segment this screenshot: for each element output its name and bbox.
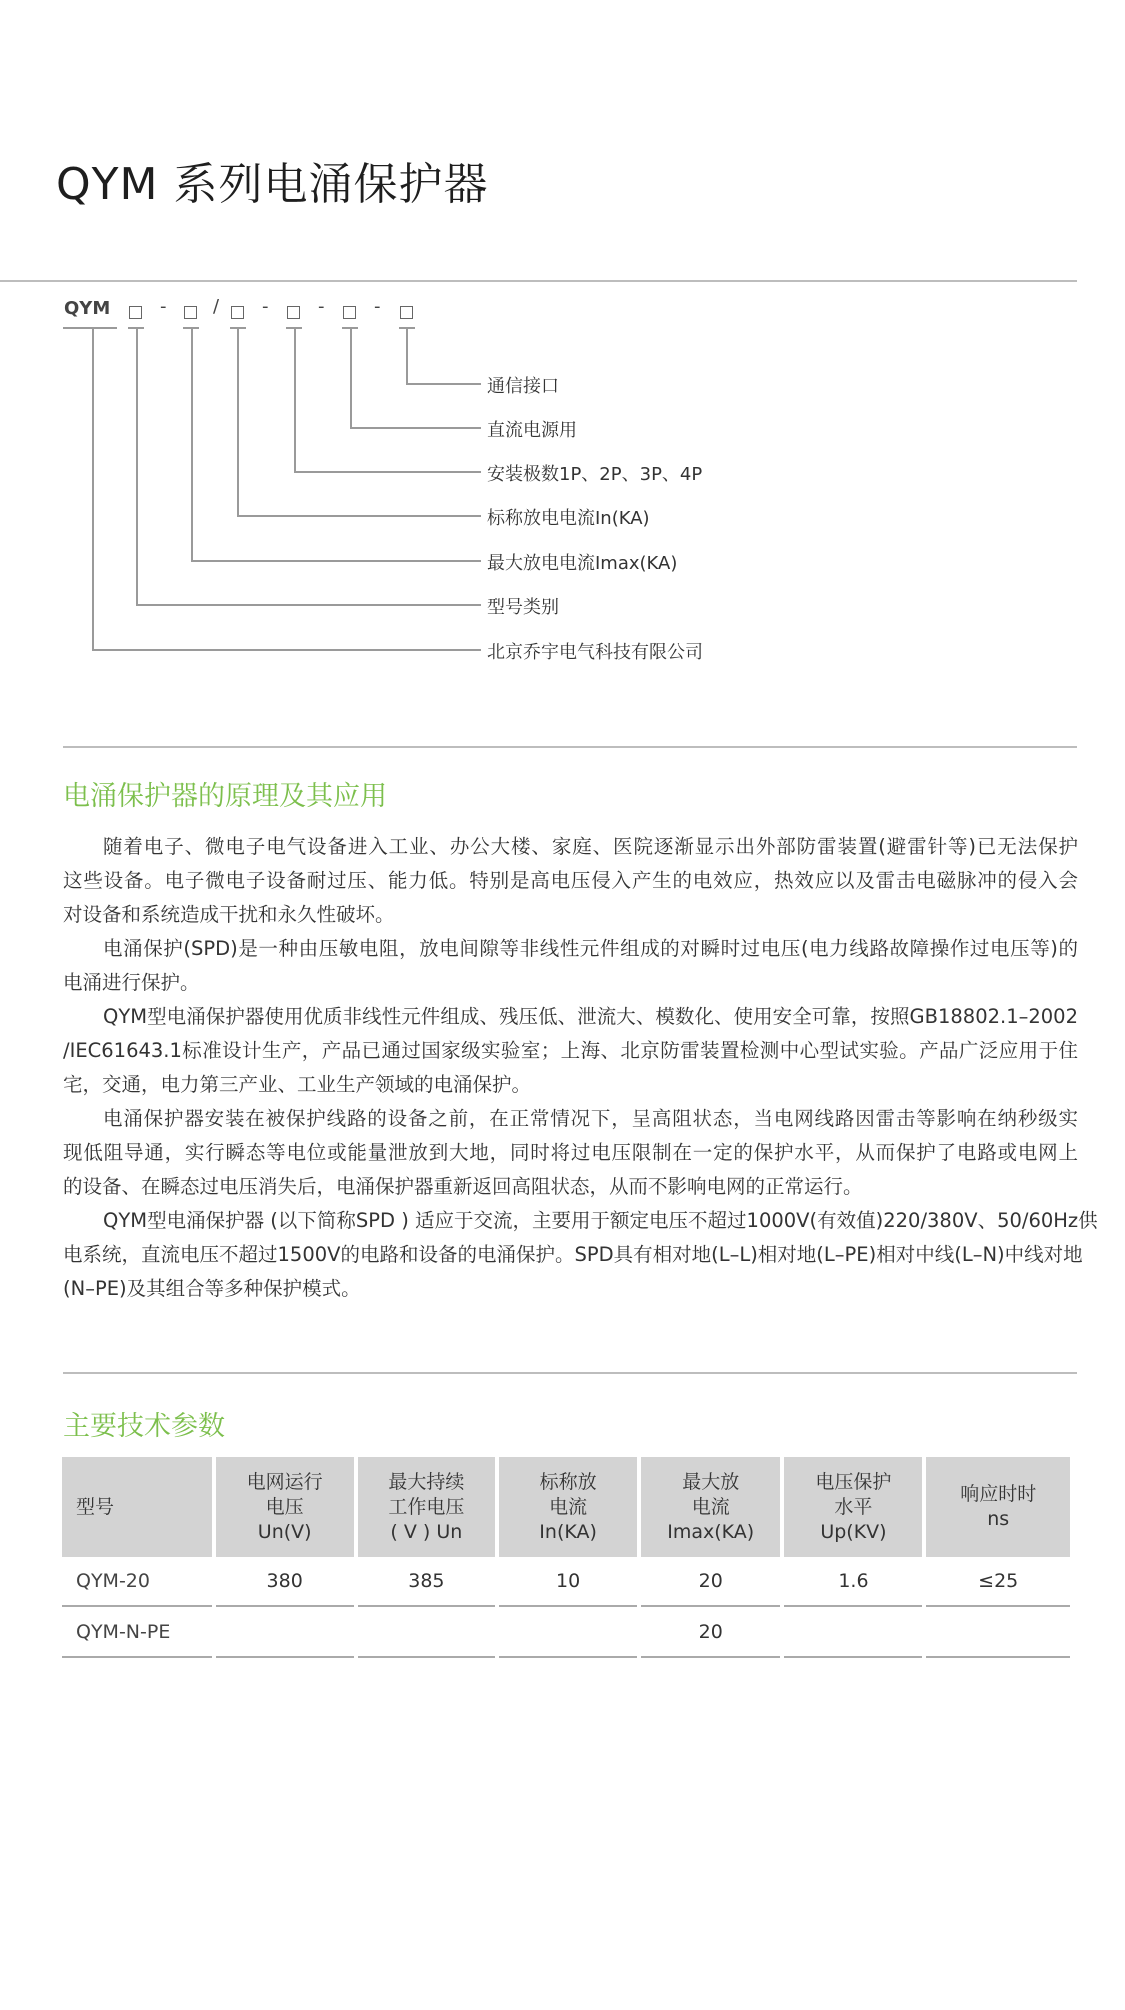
cell-model: QYM-20 [62, 1557, 212, 1607]
model-code-diagram: QYM - / - - - 通信接口 直流电源用 安装极数1P、2P、3P、4P… [0, 0, 1125, 700]
body-line: (N–PE)及其组合等多种保护模式。 [63, 1272, 1078, 1306]
field-label-nominal-current: 标称放电电流In(KA) [487, 504, 650, 530]
cell-response-time [926, 1607, 1070, 1658]
connector-horizontal [350, 427, 481, 429]
connector-horizontal [237, 515, 481, 517]
connector-horizontal [406, 383, 481, 385]
params-table: 型号 电网运行 电压 Un(V) 最大持续 工作电压 ( V ) Un 标称放 … [58, 1457, 1074, 1658]
body-line: 电涌保护(SPD)是一种由压敏电阻，放电间隙等非线性元件组成的对瞬时过电压(电力… [63, 932, 1078, 966]
separator: - [160, 296, 167, 317]
connector-horizontal [191, 560, 481, 562]
separator: - [318, 296, 325, 317]
code-box-4 [287, 306, 300, 319]
section-heading-principle: 电涌保护器的原理及其应用 [63, 774, 387, 813]
section-divider [63, 746, 1077, 748]
prefix-underline [63, 327, 117, 329]
connector-vertical [406, 327, 408, 385]
cell-response-time: ≤25 [926, 1557, 1070, 1607]
connector-horizontal [136, 604, 481, 606]
body-line: 电系统，直流电压不超过1500V的电路和设备的电涌保护。SPD具有相对地(L–L… [63, 1238, 1078, 1272]
body-line: 的设备、在瞬态过电压消失后，电涌保护器重新返回高阻状态，从而不影响电网的正常运行… [63, 1170, 1078, 1204]
field-label-poles: 安装极数1P、2P、3P、4P [487, 460, 702, 486]
field-label-dc-power: 直流电源用 [487, 416, 577, 442]
connector-horizontal [92, 649, 481, 651]
field-label-model-type: 型号类别 [487, 593, 559, 619]
connector-horizontal [294, 471, 481, 473]
model-prefix: QYM [64, 298, 110, 319]
cell-grid-voltage [216, 1607, 354, 1658]
body-line: 对设备和系统造成干扰和永久性破坏。 [63, 898, 1078, 932]
header-response-time: 响应时时 ns [926, 1457, 1070, 1557]
cell-max-continuous-voltage [358, 1607, 496, 1658]
cell-max-current: 20 [641, 1557, 780, 1607]
connector-vertical [191, 327, 193, 562]
cell-nominal-current: 10 [499, 1557, 637, 1607]
table-header-row: 型号 电网运行 电压 Un(V) 最大持续 工作电压 ( V ) Un 标称放 … [62, 1457, 1070, 1557]
field-label-comm-interface: 通信接口 [487, 372, 559, 398]
cell-protection-level [784, 1607, 922, 1658]
header-max-continuous-voltage: 最大持续 工作电压 ( V ) Un [358, 1457, 496, 1557]
body-line: 现低阻导通，实行瞬态等电位或能量泄放到大地，同时将过电压限制在一定的保护水平，从… [63, 1136, 1078, 1170]
body-line: 宅，交通，电力第三产业、工业生产领域的电涌保护。 [63, 1068, 1078, 1102]
connector-vertical [294, 327, 296, 473]
body-line: 这些设备。电子微电子设备耐过压、能力低。特别是高电压侵入产生的电效应，热效应以及… [63, 864, 1078, 898]
section-divider [63, 1372, 1077, 1374]
table-row: QYM-20 380 385 10 20 1.6 ≤25 [62, 1557, 1070, 1607]
separator: - [262, 296, 269, 317]
header-model: 型号 [62, 1457, 212, 1557]
separator: / [213, 296, 219, 317]
connector-vertical [350, 327, 352, 429]
body-line: QYM型电涌保护器 (以下简称SPD ) 适应于交流，主要用于额定电压不超过10… [63, 1204, 1078, 1238]
body-line: 电涌保护器安装在被保护线路的设备之前，在正常情况下，呈高阻状态，当电网线路因雷击… [63, 1102, 1078, 1136]
cell-model: QYM-N-PE [62, 1607, 212, 1658]
body-line: QYM型电涌保护器使用优质非线性元件组成、残压低、泄流大、模数化、使用安全可靠，… [63, 1000, 1078, 1034]
connector-vertical [237, 327, 239, 517]
cell-nominal-current [499, 1607, 637, 1658]
table-row: QYM-N-PE 20 [62, 1607, 1070, 1658]
header-grid-voltage: 电网运行 电压 Un(V) [216, 1457, 354, 1557]
field-label-max-current: 最大放电电流Imax(KA) [487, 549, 677, 575]
cell-max-continuous-voltage: 385 [358, 1557, 496, 1607]
principle-body: 随着电子、微电子电气设备进入工业、办公大楼、家庭、医院逐渐显示出外部防雷装置(避… [63, 830, 1078, 1306]
code-box-5 [343, 306, 356, 319]
field-label-company: 北京乔宇电气科技有限公司 [487, 638, 703, 664]
code-box-6 [400, 306, 413, 319]
header-max-discharge-current: 最大放 电流 Imax(KA) [641, 1457, 780, 1557]
connector-vertical [136, 327, 138, 606]
header-voltage-protection-level: 电压保护 水平 Up(KV) [784, 1457, 922, 1557]
body-line: 电涌进行保护。 [63, 966, 1078, 1000]
cell-protection-level: 1.6 [784, 1557, 922, 1607]
body-line: 随着电子、微电子电气设备进入工业、办公大楼、家庭、医院逐渐显示出外部防雷装置(避… [63, 830, 1078, 864]
code-box-2 [184, 306, 197, 319]
body-line: /IEC61643.1标准设计生产，产品已通过国家级实验室；上海、北京防雷装置检… [63, 1034, 1078, 1068]
connector-vertical [92, 327, 94, 651]
code-box-1 [129, 306, 142, 319]
code-box-3 [231, 306, 244, 319]
header-nominal-discharge-current: 标称放 电流 In(KA) [499, 1457, 637, 1557]
cell-max-current: 20 [641, 1607, 780, 1658]
cell-grid-voltage: 380 [216, 1557, 354, 1607]
section-heading-params: 主要技术参数 [63, 1404, 225, 1443]
separator: - [374, 296, 381, 317]
